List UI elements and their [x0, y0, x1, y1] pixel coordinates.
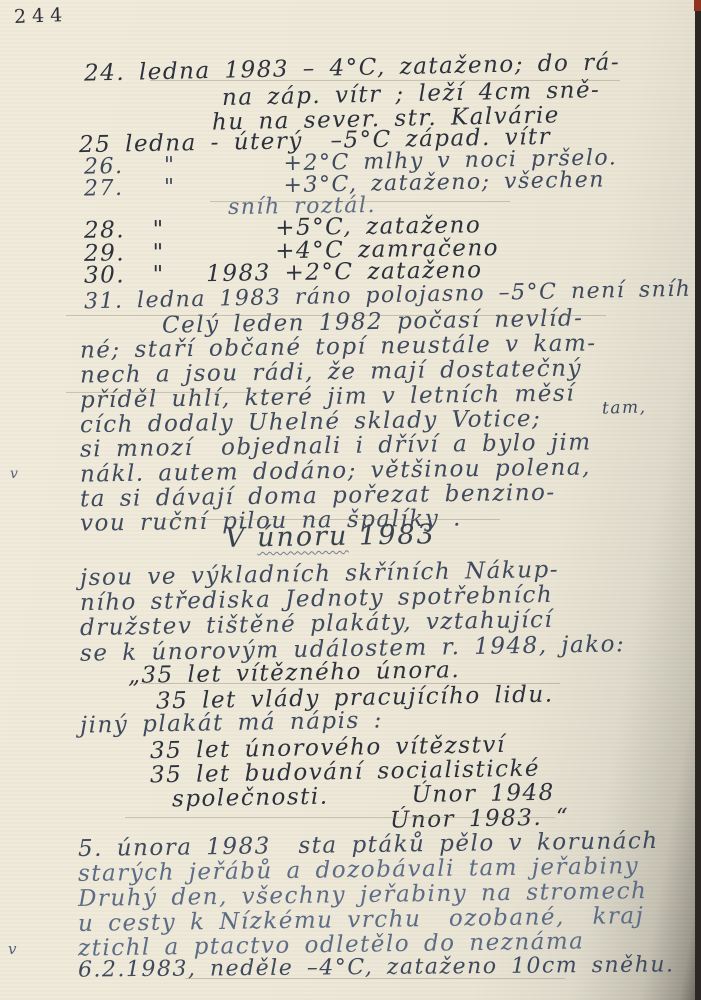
pencil-guide-line — [185, 978, 565, 979]
pencil-guide-line — [210, 201, 510, 202]
margin-check-mark: v — [10, 466, 18, 482]
book-cover-sliver — [694, 0, 701, 11]
pencil-guide-line — [66, 392, 296, 393]
book-edge-shadow — [695, 0, 701, 1000]
handwritten-line: vou ruční pilou na špalíky . — [80, 507, 462, 535]
page-number: 244 — [14, 4, 69, 28]
pencil-guide-line — [140, 683, 560, 684]
chronicle-page: 244 V únoru 1983 24. ledna 1983 – 4°C, z… — [0, 0, 701, 1000]
handwritten-line: tam, — [602, 399, 647, 417]
pencil-guide-line — [66, 315, 606, 316]
margin-check-mark: v — [8, 940, 16, 958]
handwritten-line: jiný plakát má nápis : — [80, 709, 383, 737]
pencil-guide-line — [125, 817, 555, 818]
pencil-guide-line — [160, 519, 500, 520]
pencil-guide-line — [150, 80, 620, 81]
